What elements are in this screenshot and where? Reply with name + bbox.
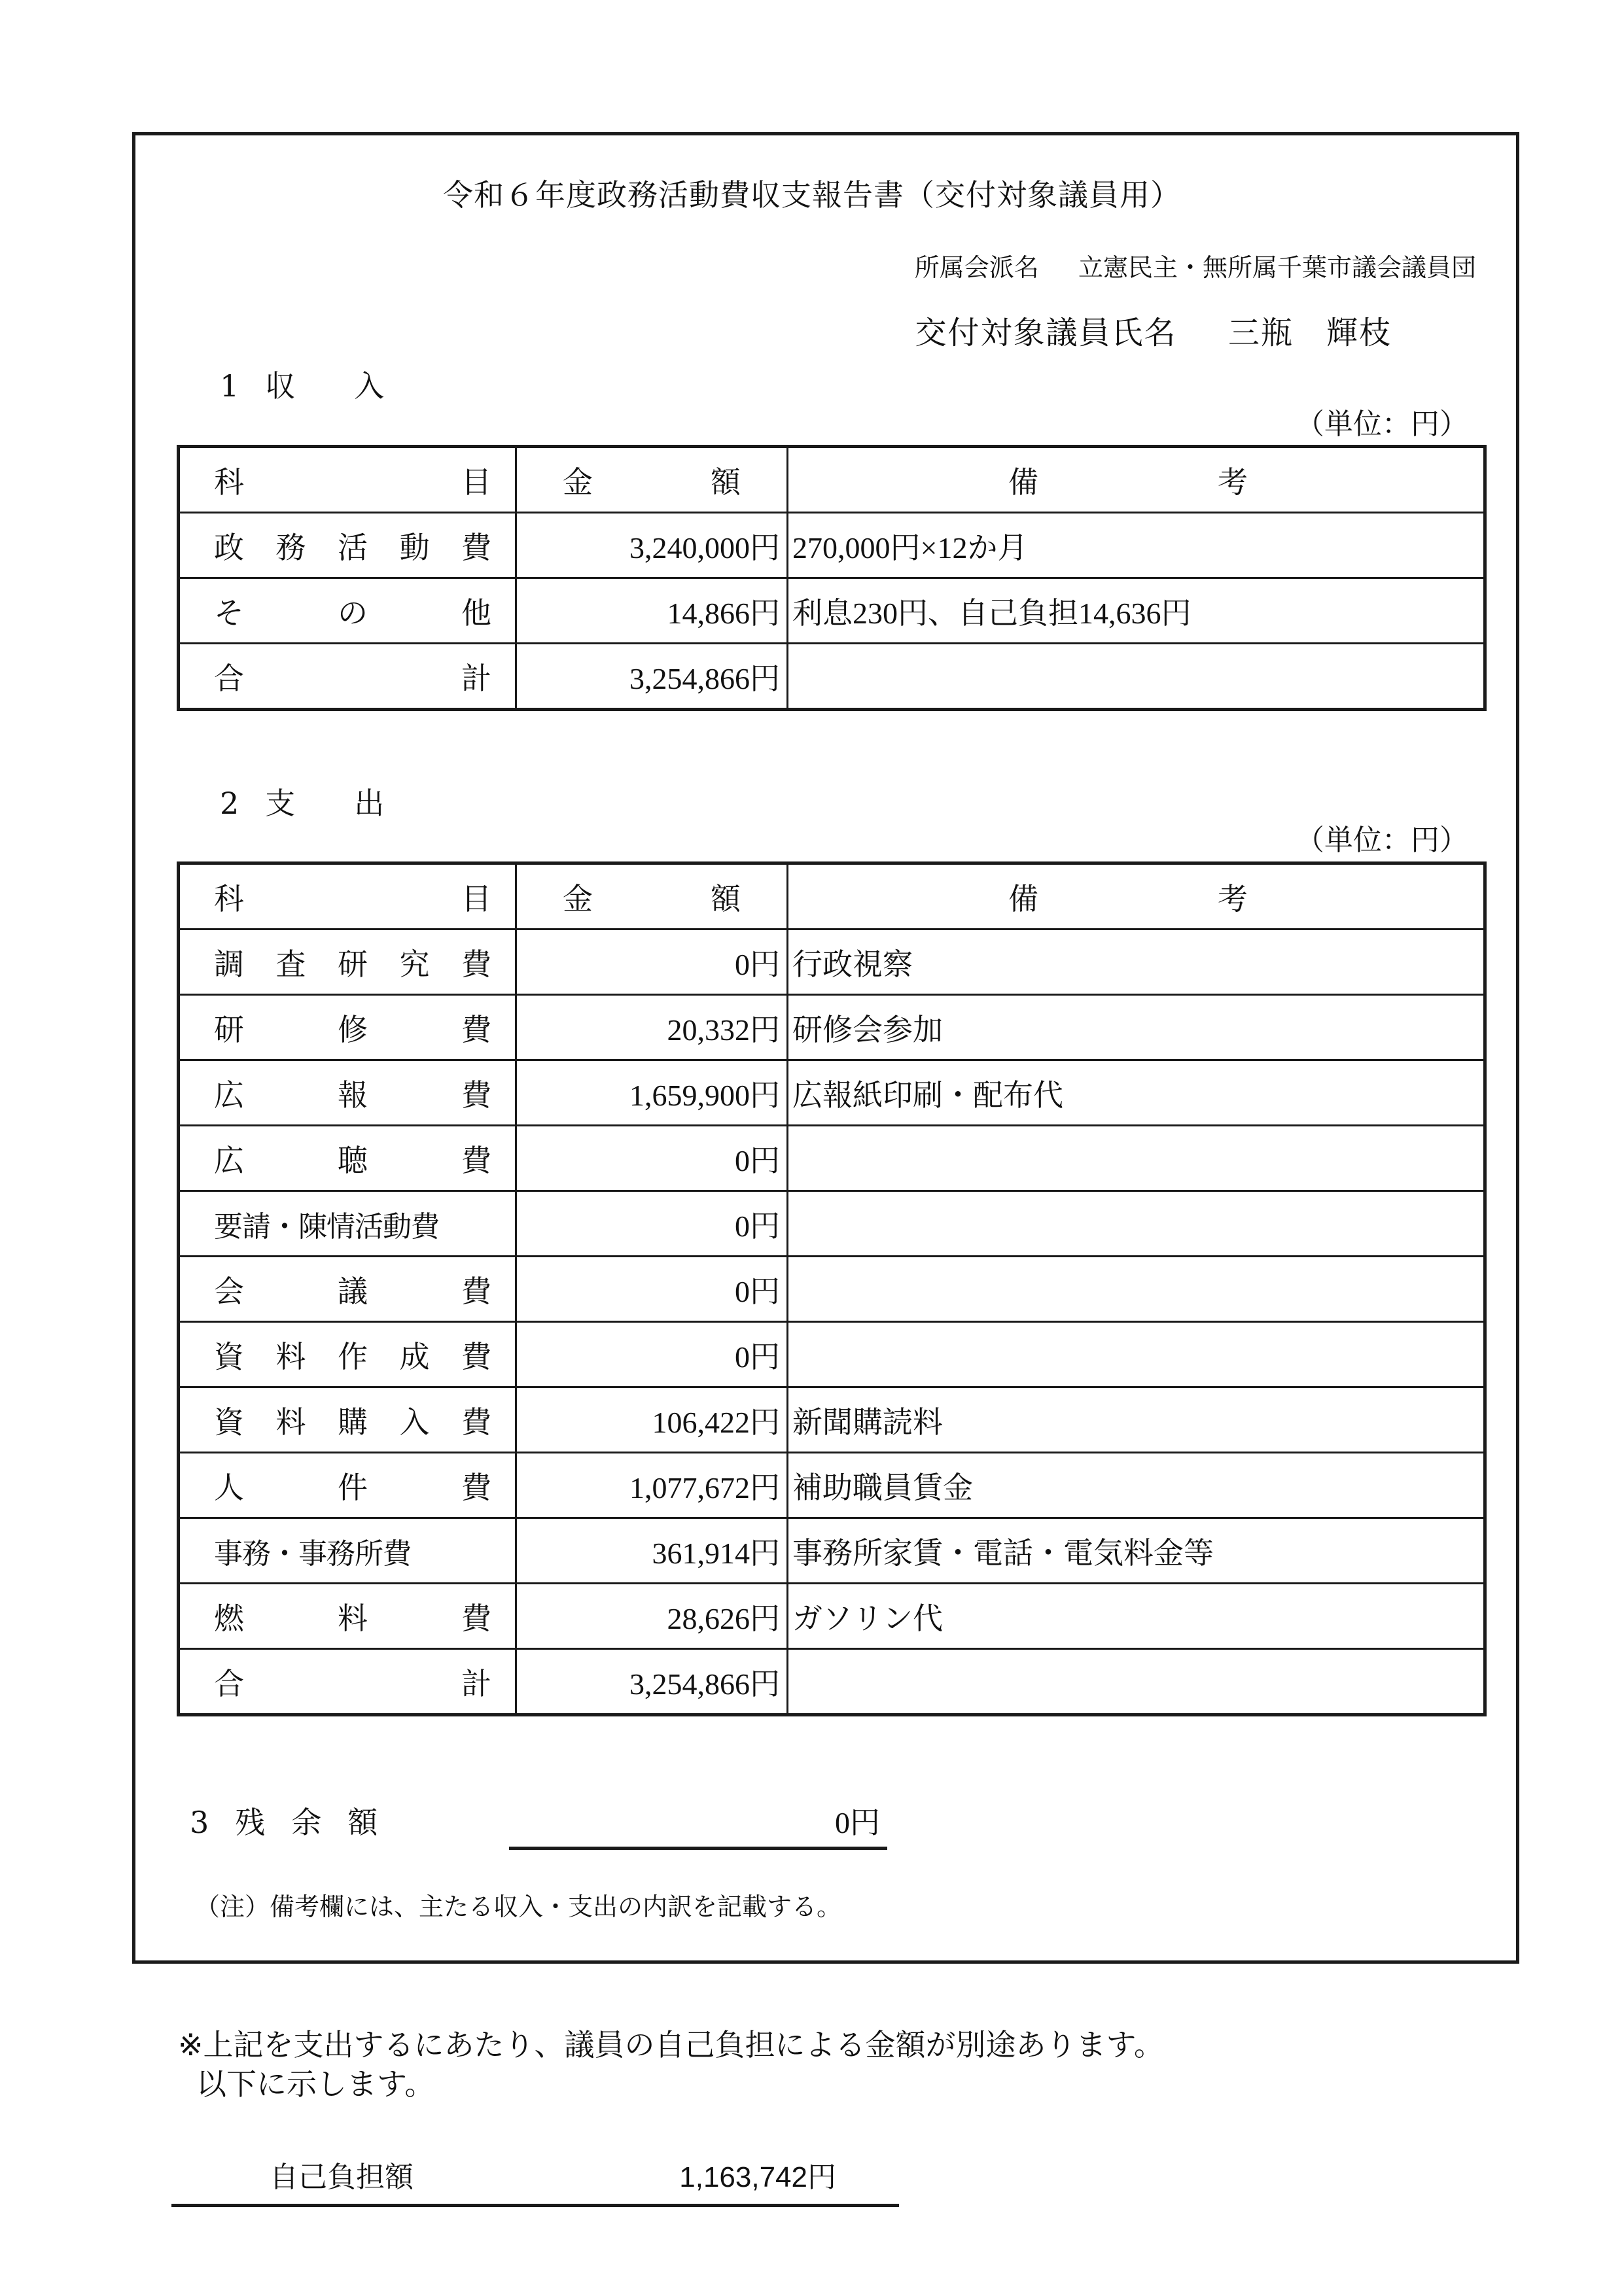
header-remarks: 備考 [792, 459, 1483, 502]
remarks-note: （注）備考欄には、主たる収入・支出の内訳を記載する。 [195, 1887, 841, 1922]
section-char: 支 [265, 786, 295, 821]
row-remarks [788, 1649, 1485, 1715]
row-amount: 3,254,866円 [516, 1649, 788, 1715]
row-amount: 28,626円 [516, 1584, 788, 1649]
row-remarks: 270,000円×12か月 [788, 513, 1485, 578]
self-burden-note-line1: ※上記を支出するにあたり、議員の自己負担による金額が別途あります。 [178, 2021, 1164, 2064]
row-subject: 資料購入費 [180, 1399, 515, 1442]
row-subject: 会議費 [180, 1268, 515, 1311]
row-remarks: 研修会参加 [788, 995, 1485, 1060]
row-amount: 0円 [516, 1126, 788, 1191]
table-row: 政務活動費 3,240,000円 270,000円×12か月 [179, 513, 1485, 578]
row-remarks [788, 1126, 1485, 1191]
table-row: 資料作成費 0円 [179, 1322, 1485, 1387]
row-amount: 0円 [516, 1191, 788, 1257]
row-amount: 0円 [516, 930, 788, 995]
header-subject: 科目 [180, 875, 515, 918]
self-burden-underline [171, 2204, 899, 2207]
row-amount: 0円 [516, 1257, 788, 1322]
expenditure-section-heading: 2支出 [220, 780, 384, 823]
faction-line: 所属会派名 立憲民主・無所属千葉市議会議員団 [915, 247, 1476, 283]
section-number: 3 [190, 1805, 211, 1840]
document-title: 令和６年度政務活動費収支報告書（交付対象議員用） [0, 171, 1624, 215]
table-row: その他 14,866円 利息230円、自己負担14,636円 [179, 578, 1485, 644]
table-row: 広報費 1,659,900円 広報紙印刷・配布代 [179, 1060, 1485, 1126]
section-number: 1 [220, 368, 239, 404]
table-row: 広聴費 0円 [179, 1126, 1485, 1191]
faction-name: 立憲民主・無所属千葉市議会議員団 [1078, 253, 1476, 282]
row-subject: 調査研究費 [180, 941, 515, 984]
row-amount: 0円 [516, 1322, 788, 1387]
faction-label: 所属会派名 [915, 253, 1039, 282]
row-remarks: 事務所家賃・電話・電気料金等 [788, 1518, 1485, 1584]
income-section-heading: 1収入 [220, 362, 384, 406]
row-subject: 要請・陳情活動費 [180, 1203, 515, 1245]
row-remarks: 利息230円、自己負担14,636円 [788, 578, 1485, 644]
header-amount: 金額 [517, 875, 786, 918]
section-char: 収 [265, 368, 295, 404]
table-row: 調査研究費 0円 行政視察 [179, 930, 1485, 995]
row-subject: 広聴費 [180, 1137, 515, 1180]
header-amount: 金額 [517, 459, 786, 502]
row-subject: 事務・事務所費 [180, 1530, 515, 1572]
row-remarks [788, 644, 1485, 710]
row-remarks: 新聞購読料 [788, 1387, 1485, 1453]
row-amount: 14,866円 [516, 578, 788, 644]
row-subject: 合計 [180, 655, 515, 698]
table-row: 研修費 20,332円 研修会参加 [179, 995, 1485, 1060]
member-name: 三瓶 輝枝 [1228, 315, 1392, 351]
row-amount: 3,240,000円 [516, 513, 788, 578]
row-remarks [788, 1257, 1485, 1322]
table-row: 燃料費 28,626円 ガソリン代 [179, 1584, 1485, 1649]
row-amount: 361,914円 [516, 1518, 788, 1584]
residual-underline [509, 1847, 887, 1850]
row-remarks: 補助職員賃金 [788, 1453, 1485, 1518]
table-row: 要請・陳情活動費 0円 [179, 1191, 1485, 1257]
row-subject: その他 [180, 589, 515, 633]
income-table: 科目 金額 備考 政務活動費 3,240,000円 270,000円×12か月 … [177, 445, 1487, 711]
expenditure-unit-label: （単位：円） [1296, 816, 1468, 858]
row-subject: 広報費 [180, 1071, 515, 1115]
self-burden-label: 自己負担額 [270, 2153, 414, 2195]
expenditure-table: 科目 金額 備考 調査研究費 0円 行政視察 研修費 20,332円 研修会参加… [177, 861, 1487, 1716]
self-burden-value: 1,163,742円 [589, 2153, 836, 2195]
row-remarks: ガソリン代 [788, 1584, 1485, 1649]
row-amount: 1,077,672円 [516, 1453, 788, 1518]
row-subject: 人件費 [180, 1464, 515, 1507]
member-label: 交付対象議員氏名 [915, 315, 1176, 351]
table-row: 事務・事務所費 361,914円 事務所家賃・電話・電気料金等 [179, 1518, 1485, 1584]
table-row: 人件費 1,077,672円 補助職員賃金 [179, 1453, 1485, 1518]
residual-label: 3残余額 [190, 1799, 404, 1842]
table-row: 会議費 0円 [179, 1257, 1485, 1322]
section-char: 入 [354, 368, 384, 404]
row-amount: 106,422円 [516, 1387, 788, 1453]
table-row: 資料購入費 106,422円 新聞購読料 [179, 1387, 1485, 1453]
section-char: 出 [354, 786, 384, 821]
row-subject: 資料作成費 [180, 1333, 515, 1376]
row-remarks: 行政視察 [788, 930, 1485, 995]
row-remarks [788, 1322, 1485, 1387]
row-subject: 政務活動費 [180, 524, 515, 567]
row-subject: 研修費 [180, 1006, 515, 1049]
residual-value: 0円 [509, 1799, 880, 1842]
row-remarks: 広報紙印刷・配布代 [788, 1060, 1485, 1126]
table-row-total: 合計 3,254,866円 [179, 644, 1485, 710]
self-burden-note-line2: 以下に示します。 [196, 2061, 434, 2104]
row-subject: 燃料費 [180, 1595, 515, 1638]
row-remarks [788, 1191, 1485, 1257]
table-header-row: 科目 金額 備考 [179, 863, 1485, 930]
member-line: 交付対象議員氏名 三瓶 輝枝 [915, 307, 1392, 353]
row-subject: 合計 [180, 1660, 515, 1703]
row-amount: 3,254,866円 [516, 644, 788, 710]
header-remarks: 備考 [792, 875, 1483, 918]
table-row-total: 合計 3,254,866円 [179, 1649, 1485, 1715]
table-header-row: 科目 金額 備考 [179, 447, 1485, 513]
section-number: 2 [220, 786, 239, 821]
row-amount: 1,659,900円 [516, 1060, 788, 1126]
header-subject: 科目 [180, 459, 515, 502]
row-amount: 20,332円 [516, 995, 788, 1060]
income-unit-label: （単位：円） [1296, 400, 1468, 442]
